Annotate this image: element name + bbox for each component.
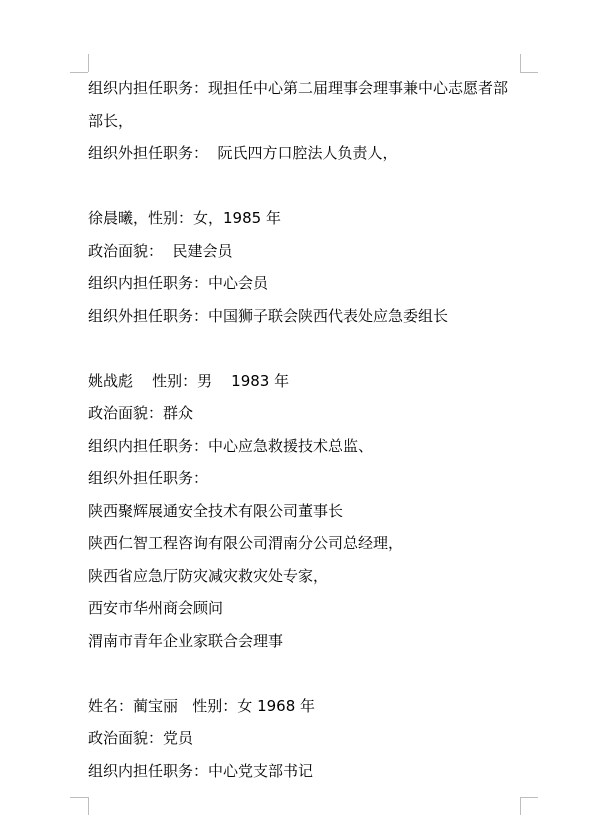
document-body[interactable]: 组织内担任职务：现担任中心第二届理事会理事兼中心志愿者部 部长， 组织外担任职务… — [88, 72, 528, 787]
text-line: 组织内担任职务：中心应急救援技术总监、 — [88, 430, 528, 463]
text-line: 部长， — [88, 105, 528, 138]
text-line: 西安市华州商会顾问 — [88, 592, 528, 625]
text-line: 姚战彪 性别：男 1983 年 — [88, 365, 528, 398]
text-line: 组织内担任职务：现担任中心第二届理事会理事兼中心志愿者部 — [88, 72, 528, 105]
text-line: 组织外担任职务： — [88, 462, 528, 495]
text-line: 政治面貌： 民建会员 — [88, 235, 528, 268]
text-line: 陕西仁智工程咨询有限公司渭南分公司总经理， — [88, 527, 528, 560]
blank-line — [88, 657, 528, 690]
text-line: 陕西聚辉展通安全技术有限公司董事长 — [88, 495, 528, 528]
text-line: 徐晨曦，性别：女，1985 年 — [88, 202, 528, 235]
blank-line — [88, 332, 528, 365]
text-line: 组织外担任职务：中国狮子联会陕西代表处应急委组长 — [88, 300, 528, 333]
text-line: 组织内担任职务：中心党支部书记 — [88, 755, 528, 788]
text-line: 渭南市青年企业家联合会理事 — [88, 625, 528, 658]
text-line: 政治面貌：党员 — [88, 722, 528, 755]
document-page: 组织内担任职务：现担任中心第二届理事会理事兼中心志愿者部 部长， 组织外担任职务… — [0, 0, 610, 820]
text-line: 陕西省应急厅防灾减灾救灾处专家， — [88, 560, 528, 593]
text-line: 姓名：蔺宝丽 性别：女 1968 年 — [88, 690, 528, 723]
text-line: 政治面貌：群众 — [88, 397, 528, 430]
text-line: 组织外担任职务： 阮氏四方口腔法人负责人， — [88, 137, 528, 170]
text-line: 组织内担任职务：中心会员 — [88, 267, 528, 300]
blank-line — [88, 170, 528, 203]
